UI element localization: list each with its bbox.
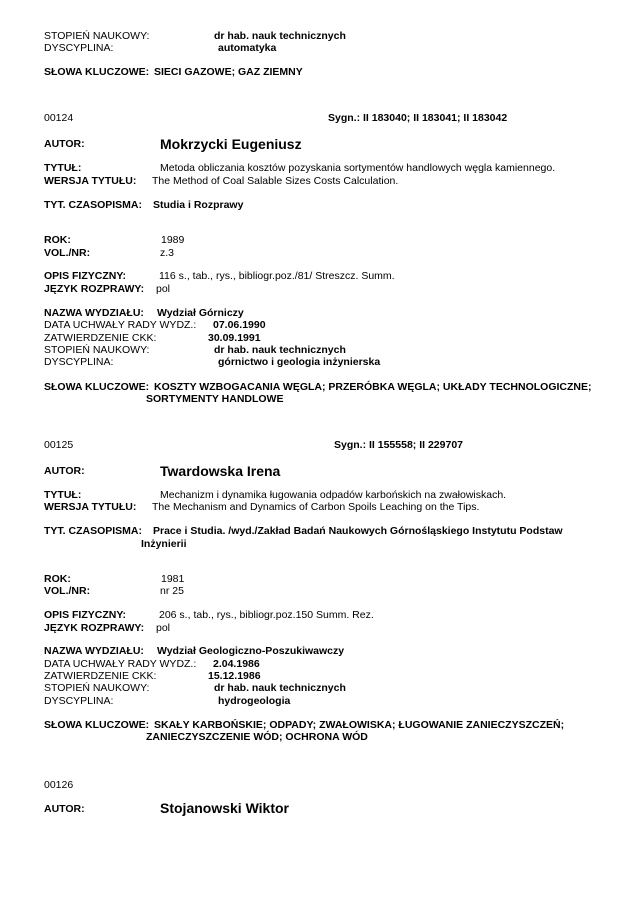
title-label: TYTUŁ: bbox=[44, 162, 81, 174]
journal-label: TYT. CZASOPISMA: bbox=[44, 525, 142, 537]
journal-value: Studia i Rozprawy bbox=[153, 199, 243, 211]
title-version-label: WERSJA TYTUŁU: bbox=[44, 501, 136, 513]
resolution-date-value: 07.06.1990 bbox=[213, 319, 266, 331]
year-value: 1981 bbox=[161, 573, 184, 585]
author-label: AUTOR: bbox=[44, 138, 85, 150]
stopien-label: STOPIEŃ NAUKOWY: bbox=[44, 30, 149, 42]
record-id: 00125 bbox=[44, 439, 73, 451]
author-value: Twardowska Irena bbox=[160, 463, 280, 479]
keywords-label: SŁOWA KLUCZOWE: bbox=[44, 66, 149, 78]
signature: Sygn.: II 183040; II 183041; II 183042 bbox=[328, 112, 507, 124]
dyscyplina-value: automatyka bbox=[218, 42, 276, 54]
author-label: AUTOR: bbox=[44, 465, 85, 477]
faculty-value: Wydział Górniczy bbox=[157, 307, 244, 319]
author-value: Mokrzycki Eugeniusz bbox=[160, 136, 302, 152]
title-version-label: WERSJA TYTUŁU: bbox=[44, 175, 136, 187]
year-value: 1989 bbox=[161, 234, 184, 246]
degree-value: dr hab. nauk technicznych bbox=[214, 344, 346, 356]
year-label: ROK: bbox=[44, 573, 71, 585]
degree-value: dr hab. nauk technicznych bbox=[214, 682, 346, 694]
journal-value-cont: Inżynierii bbox=[141, 538, 187, 550]
title-version-value: The Mechanism and Dynamics of Carbon Spo… bbox=[152, 501, 479, 513]
dyscyplina-label: DYSCYPLINA: bbox=[44, 42, 113, 54]
language-label: JĘZYK ROZPRAWY: bbox=[44, 622, 144, 634]
keywords-value: SIECI GAZOWE; GAZ ZIEMNY bbox=[154, 66, 303, 78]
volume-label: VOL./NR: bbox=[44, 247, 90, 259]
volume-label: VOL./NR: bbox=[44, 585, 90, 597]
stopien-value: dr hab. nauk technicznych bbox=[214, 30, 346, 42]
resolution-date-value: 2.04.1986 bbox=[213, 658, 260, 670]
faculty-value: Wydział Geologiczno-Poszukiwawczy bbox=[157, 645, 344, 657]
volume-value: nr 25 bbox=[160, 585, 184, 597]
journal-label: TYT. CZASOPISMA: bbox=[44, 199, 142, 211]
signature: Sygn.: II 155558; II 229707 bbox=[334, 439, 463, 451]
title-value: Mechanizm i dynamika ługowania odpadów k… bbox=[160, 489, 506, 501]
record-id: 00124 bbox=[44, 112, 73, 124]
keywords-value: SKAŁY KARBOŃSKIE; ODPADY; ZWAŁOWISKA; ŁU… bbox=[154, 719, 564, 731]
title-label: TYTUŁ: bbox=[44, 489, 81, 501]
faculty-label: NAZWA WYDZIAŁU: bbox=[44, 645, 144, 657]
discipline-label: DYSCYPLINA: bbox=[44, 695, 113, 707]
language-value: pol bbox=[156, 283, 170, 295]
discipline-label: DYSCYPLINA: bbox=[44, 356, 113, 368]
author-label: AUTOR: bbox=[44, 803, 85, 815]
approval-value: 15.12.1986 bbox=[208, 670, 261, 682]
physical-desc-label: OPIS FIZYCZNY: bbox=[44, 609, 126, 621]
approval-value: 30.09.1991 bbox=[208, 332, 261, 344]
discipline-value: hydrogeologia bbox=[218, 695, 290, 707]
approval-label: ZATWIERDZENIE CKK: bbox=[44, 332, 156, 344]
keywords-label: SŁOWA KLUCZOWE: bbox=[44, 381, 149, 393]
language-label: JĘZYK ROZPRAWY: bbox=[44, 283, 144, 295]
title-value: Metoda obliczania kosztów pozyskania sor… bbox=[160, 162, 555, 174]
keywords-label: SŁOWA KLUCZOWE: bbox=[44, 719, 149, 731]
resolution-date-label: DATA UCHWAŁY RADY WYDZ.: bbox=[44, 319, 196, 331]
physical-desc-value: 116 s., tab., rys., bibliogr.poz./81/ St… bbox=[159, 270, 395, 282]
keywords-value-cont: SORTYMENTY HANDLOWE bbox=[146, 393, 283, 405]
degree-label: STOPIEŃ NAUKOWY: bbox=[44, 344, 149, 356]
degree-label: STOPIEŃ NAUKOWY: bbox=[44, 682, 149, 694]
physical-desc-label: OPIS FIZYCZNY: bbox=[44, 270, 126, 282]
physical-desc-value: 206 s., tab., rys., bibliogr.poz.150 Sum… bbox=[159, 609, 374, 621]
keywords-value: KOSZTY WZBOGACANIA WĘGLA; PRZERÓBKA WĘGL… bbox=[154, 381, 591, 393]
volume-value: z.3 bbox=[160, 247, 174, 259]
discipline-value: górnictwo i geologia inżynierska bbox=[218, 356, 380, 368]
language-value: pol bbox=[156, 622, 170, 634]
approval-label: ZATWIERDZENIE CKK: bbox=[44, 670, 156, 682]
author-value: Stojanowski Wiktor bbox=[160, 800, 289, 816]
year-label: ROK: bbox=[44, 234, 71, 246]
faculty-label: NAZWA WYDZIAŁU: bbox=[44, 307, 144, 319]
journal-value: Prace i Studia. /wyd./Zakład Badań Nauko… bbox=[153, 525, 563, 537]
record-id: 00126 bbox=[44, 779, 73, 791]
resolution-date-label: DATA UCHWAŁY RADY WYDZ.: bbox=[44, 658, 196, 670]
keywords-value-cont: ZANIECZYSZCZENIE WÓD; OCHRONA WÓD bbox=[146, 731, 368, 743]
title-version-value: The Method of Coal Salable Sizes Costs C… bbox=[152, 175, 398, 187]
